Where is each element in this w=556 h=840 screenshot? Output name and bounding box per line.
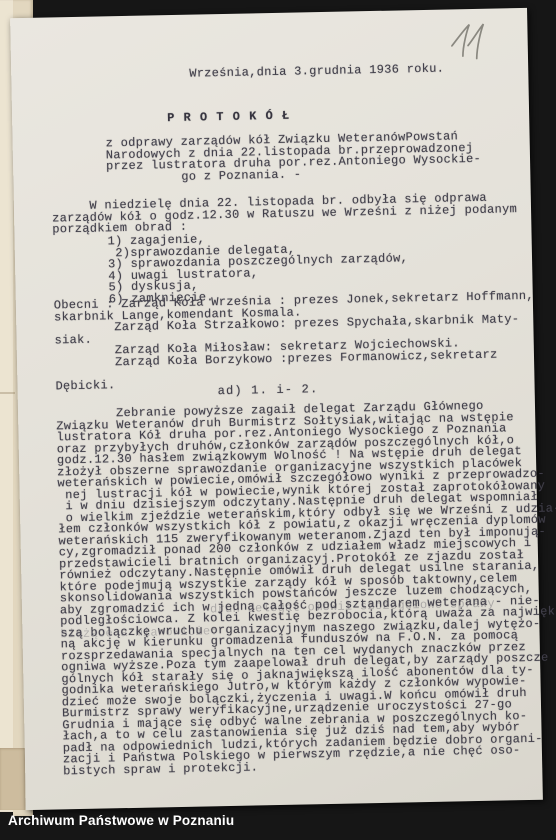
attendees-list: Obecni : Zarząd Koła Września : prezes J… [54,291,536,393]
document-sheet: Września,dnia 3.grudnia 1936 roku. P R O… [10,8,543,810]
section-heading: ad) 1. i- 2. [218,384,319,398]
scanned-document-page: Września,dnia 3.grudnia 1936 roku. P R O… [0,0,556,840]
document-title-text: P R O T O K Ó Ł [167,111,290,125]
archive-watermark-label: Archiwum Państwowe w Poznaniu [8,813,234,828]
intro-paragraph: W niedzielę dnia 22. listopada br. odbył… [52,192,518,236]
document-title: P R O T O K Ó Ł [167,111,290,125]
dateline-text: Września,dnia 3.grudnia 1936 roku. [189,64,444,81]
text-line: bieżące a mianowicie: [60,626,218,641]
body-lines: Zebranie powyższe zagaił delegat Zarządu… [56,399,556,777]
document-subtitle: z odprawy zarządów kół Związku Weteranów… [106,131,482,185]
pencil-page-number [443,17,500,74]
under-sheet-tan-corner [0,748,25,810]
under-sheet-corner-line [0,392,15,394]
body-paragraphs: Zebranie powyższe zagaił delegat Zarządu… [56,399,556,777]
dateline: Września,dnia 3.grudnia 1936 roku. [189,64,444,81]
section-heading-text: ad) 1. i- 2. [218,384,319,398]
